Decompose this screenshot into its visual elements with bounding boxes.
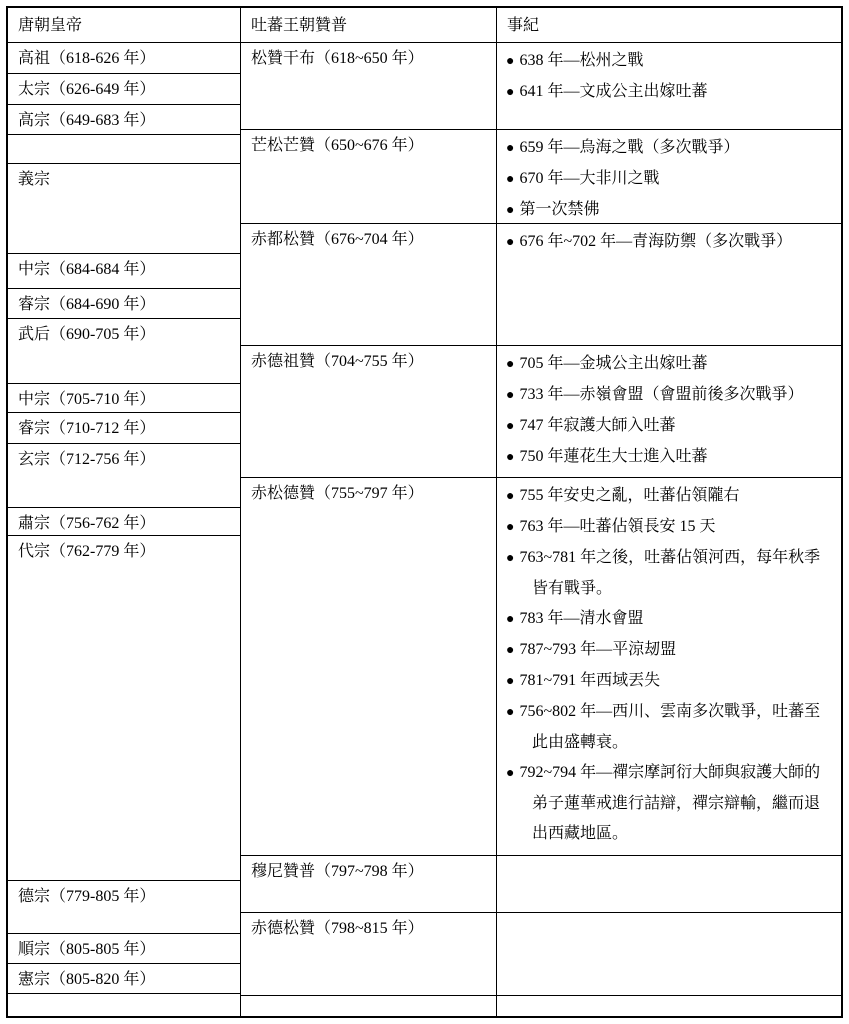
event-item: ●705 年—金城公主出嫁吐蕃 xyxy=(506,349,833,380)
emperor-cell: 肅宗（756-762 年） xyxy=(8,507,240,535)
bullet-icon: ● xyxy=(506,450,514,465)
bullet-icon: ● xyxy=(506,674,514,689)
events-cell xyxy=(497,995,841,1016)
emperor-cell: 中宗（705-710 年） xyxy=(8,383,240,412)
bullet-icon: ● xyxy=(506,141,514,156)
event-item: ●756~802 年—西川、雲南多次戰爭，吐蕃至此由盛轉衰。 xyxy=(506,697,833,758)
event-item: ●763~781 年之後，吐蕃佔領河西，每年秋季皆有戰爭。 xyxy=(506,543,833,604)
tsenpo-cell xyxy=(241,995,496,1016)
tsenpo-cell: 赤松德贊（755~797 年） xyxy=(241,477,496,855)
event-item: ●787~793 年—平涼刼盟 xyxy=(506,635,833,666)
emperor-cell xyxy=(8,993,240,1016)
emperor-cell: 武后（690-705 年） xyxy=(8,318,240,383)
event-item: ●783 年—清水會盟 xyxy=(506,604,833,635)
tsenpo-cell: 赤都松贊（676~704 年） xyxy=(241,223,496,345)
bullet-icon: ● xyxy=(506,705,514,720)
emperor-cell: 玄宗（712-756 年） xyxy=(8,443,240,507)
events-cell: ●705 年—金城公主出嫁吐蕃●733 年—赤嶺會盟（會盟前後多次戰爭）●747… xyxy=(497,345,841,477)
column-tang-emperors: 唐朝皇帝 高祖（618-626 年）太宗（626-649 年）高宗（649-68… xyxy=(8,8,241,1016)
emperor-cell: 德宗（779-805 年） xyxy=(8,880,240,933)
tsenpo-cell: 赤德松贊（798~815 年） xyxy=(241,912,496,995)
column-header-tibet-tsenpos: 吐蕃王朝贊普 xyxy=(241,8,496,42)
tsenpo-cell: 芒松芒贊（650~676 年） xyxy=(241,129,496,223)
event-item: ●670 年—大非川之戰 xyxy=(506,164,833,195)
event-item: ●750 年蓮花生大士進入吐蕃 xyxy=(506,442,833,473)
document-page: 唐朝皇帝 高祖（618-626 年）太宗（626-649 年）高宗（649-68… xyxy=(0,0,849,1024)
event-item: ●755 年安史之亂，吐蕃佔領隴右 xyxy=(506,481,833,512)
bullet-icon: ● xyxy=(506,643,514,658)
bullet-icon: ● xyxy=(506,520,514,535)
tsenpo-cell: 松贊干布（618~650 年） xyxy=(241,42,496,129)
emperor-cell: 高祖（618-626 年） xyxy=(8,42,240,73)
bullet-icon: ● xyxy=(506,388,514,403)
bullet-icon: ● xyxy=(506,612,514,627)
event-item: ●763 年—吐蕃佔領長安 15 天 xyxy=(506,512,833,543)
column-events: 事紀 ●638 年—松州之戰●641 年—文成公主出嫁吐蕃●659 年—烏海之戰… xyxy=(497,8,841,1016)
bullet-icon: ● xyxy=(506,419,514,434)
column-tibet-tsenpos: 吐蕃王朝贊普 松贊干布（618~650 年）芒松芒贊（650~676 年）赤都松… xyxy=(241,8,497,1016)
column-header-events: 事紀 xyxy=(497,8,841,42)
emperor-cell: 太宗（626-649 年） xyxy=(8,73,240,104)
column-header-tang-emperors: 唐朝皇帝 xyxy=(8,8,240,42)
events-cell: ●676 年~702 年—青海防禦（多次戰爭） xyxy=(497,223,841,345)
event-item: ●第一次禁佛 xyxy=(506,195,833,223)
emperor-cell: 睿宗（684-690 年） xyxy=(8,288,240,318)
events-cell xyxy=(497,855,841,912)
bullet-icon: ● xyxy=(506,235,514,250)
events-cell: ●659 年—烏海之戰（多次戰爭）●670 年—大非川之戰●第一次禁佛 xyxy=(497,129,841,223)
event-item: ●747 年寂護大師入吐蕃 xyxy=(506,411,833,442)
emperor-cell: 憲宗（805-820 年） xyxy=(8,963,240,993)
bullet-icon: ● xyxy=(506,551,514,566)
comparison-table: 唐朝皇帝 高祖（618-626 年）太宗（626-649 年）高宗（649-68… xyxy=(6,6,843,1018)
emperor-cell: 高宗（649-683 年） xyxy=(8,104,240,134)
event-item: ●792~794 年—禪宗摩訶衍大師與寂護大師的弟子蓮華戒進行詰辯，禪宗辯輸，繼… xyxy=(506,758,833,849)
emperor-cell xyxy=(8,134,240,163)
emperor-cell: 中宗（684-684 年） xyxy=(8,253,240,288)
event-item: ●638 年—松州之戰 xyxy=(506,46,833,77)
bullet-icon: ● xyxy=(506,489,514,504)
bullet-icon: ● xyxy=(506,357,514,372)
tsenpo-cell: 赤德祖贊（704~755 年） xyxy=(241,345,496,477)
event-item: ●781~791 年西域丟失 xyxy=(506,666,833,697)
emperor-cell: 順宗（805-805 年） xyxy=(8,933,240,963)
event-item: ●733 年—赤嶺會盟（會盟前後多次戰爭） xyxy=(506,380,833,411)
event-item: ●641 年—文成公主出嫁吐蕃 xyxy=(506,77,833,108)
emperor-cell: 義宗 xyxy=(8,163,240,253)
bullet-icon: ● xyxy=(506,54,514,69)
bullet-icon: ● xyxy=(506,766,514,781)
bullet-icon: ● xyxy=(506,172,514,187)
events-cell: ●638 年—松州之戰●641 年—文成公主出嫁吐蕃 xyxy=(497,42,841,129)
bullet-icon: ● xyxy=(506,85,514,100)
emperor-cell: 睿宗（710-712 年） xyxy=(8,412,240,443)
bullet-icon: ● xyxy=(506,203,514,218)
events-cell xyxy=(497,912,841,995)
event-item: ●659 年—烏海之戰（多次戰爭） xyxy=(506,133,833,164)
events-cell: ●755 年安史之亂，吐蕃佔領隴右●763 年—吐蕃佔領長安 15 天●763~… xyxy=(497,477,841,855)
event-item: ●676 年~702 年—青海防禦（多次戰爭） xyxy=(506,227,833,258)
tsenpo-cell: 穆尼贊普（797~798 年） xyxy=(241,855,496,912)
emperor-cell: 代宗（762-779 年） xyxy=(8,535,240,880)
